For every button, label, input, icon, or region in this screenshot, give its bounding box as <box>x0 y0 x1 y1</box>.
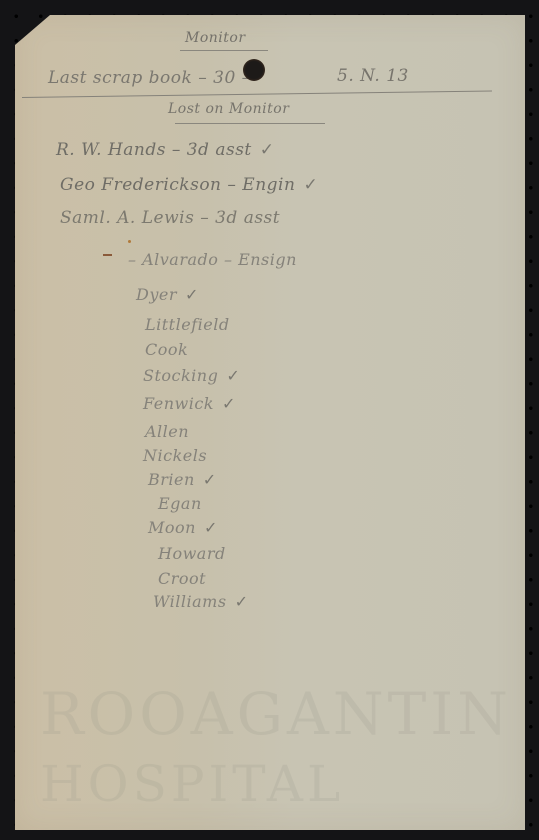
page-heading: Monitor <box>185 30 246 46</box>
section-heading: Lost on Monitor <box>168 101 289 117</box>
checkmark-icon: ✓ <box>303 175 318 195</box>
crew-entry: Nickels <box>143 446 215 465</box>
crew-name: Dyer <box>136 285 177 304</box>
checkmark-icon: ✓ <box>185 285 199 304</box>
crew-entry: Croot <box>158 569 214 588</box>
crew-entry: Moon✓ <box>148 518 218 537</box>
crew-name: Fenwick <box>143 394 214 413</box>
crew-entry: Egan <box>158 494 210 513</box>
crew-entry: Fenwick✓ <box>143 394 236 413</box>
bleed-through-text: HOSPITAL <box>40 755 344 813</box>
officer-entry: Saml. A. Lewis – 3d asst <box>60 208 288 228</box>
punch-hole <box>243 59 265 81</box>
checkmark-icon: ✓ <box>222 394 236 413</box>
crew-name: Williams <box>153 592 227 611</box>
officer-entry: R. W. Hands – 3d asst✓ <box>56 140 275 160</box>
heading-underline <box>180 50 268 51</box>
group-dash <box>103 254 112 256</box>
officer-entry: Geo Frederickson – Engin✓ <box>60 175 318 195</box>
crew-name: Allen <box>145 422 189 441</box>
checkmark-icon: ✓ <box>204 518 218 537</box>
checkmark-icon: ✓ <box>203 470 217 489</box>
checkmark-icon: ✓ <box>226 366 240 385</box>
crew-entry: Williams✓ <box>153 592 248 611</box>
crew-name: Brien <box>148 470 195 489</box>
crew-entry: Stocking✓ <box>143 366 240 385</box>
crew-entry: Allen <box>145 422 197 441</box>
crew-entry: Dyer✓ <box>136 285 199 304</box>
section-underline <box>175 123 325 124</box>
crew-name: Nickels <box>143 446 207 465</box>
crew-name: Howard <box>158 544 226 563</box>
crew-name: Egan <box>158 494 202 513</box>
crew-entry: Cook <box>145 340 196 359</box>
crew-name: Littlefield <box>145 315 230 334</box>
scrapbook-note: Last scrap book – 30 – <box>48 68 251 88</box>
bleed-through-text: ROOAGANTIN <box>40 680 512 748</box>
group-label: – Alvarado – Ensign <box>128 250 297 269</box>
crew-entry: Howard <box>158 544 234 563</box>
officer-text: Saml. A. Lewis – 3d asst <box>60 208 280 228</box>
crew-entry: Littlefield <box>145 315 238 334</box>
crew-entry: Brien✓ <box>148 470 217 489</box>
crew-name: Moon <box>148 518 196 537</box>
crew-name: Croot <box>158 569 206 588</box>
checkmark-icon: ✓ <box>260 140 275 160</box>
crew-name: Stocking <box>143 366 218 385</box>
checkmark-icon: ✓ <box>235 592 249 611</box>
officer-text: Geo Frederickson – Engin <box>60 175 295 195</box>
officer-text: R. W. Hands – 3d asst <box>56 140 252 160</box>
crew-name: Cook <box>145 340 188 359</box>
ink-spot <box>128 240 131 243</box>
reference-note: 5. N. 13 <box>337 66 409 86</box>
